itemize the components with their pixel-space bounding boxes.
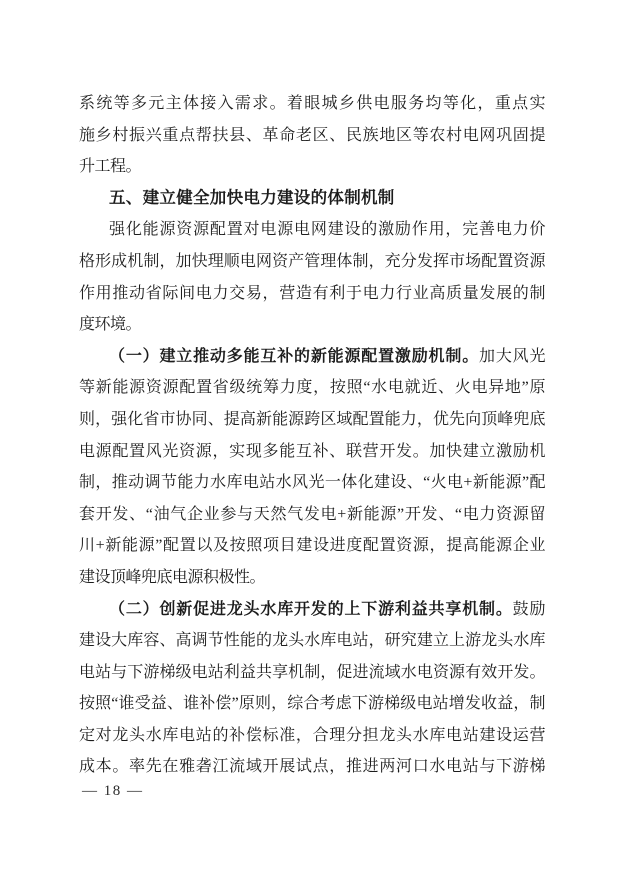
paragraph-line: 定对龙头水库电站的补偿标准，合理分担龙头水库电站建设运营 xyxy=(79,720,545,752)
paragraph-line: 度环境。 xyxy=(79,309,545,341)
paragraph-line: 川+新能源”配置以及按照项目建设进度配置资源，提高能源企业 xyxy=(79,530,545,562)
item-one-lead-line: （一）建立推动多能互补的新能源配置激励机制。加大风光 xyxy=(79,341,545,373)
paragraph-line: 系统等多元主体接入需求。着眼城乡供电服务均等化，重点实 xyxy=(79,88,545,120)
document-page: 系统等多元主体接入需求。着眼城乡供电服务均等化，重点实 施乡村振兴重点帮扶县、革… xyxy=(0,0,620,876)
paragraph-line: 格形成机制，加快理顺电网资产管理体制，充分发挥市场配置资源 xyxy=(79,246,545,278)
paragraph-line: 建设大库容、高调节性能的龙头水库电站，研究建立上游龙头水库 xyxy=(79,625,545,657)
page-number: — 18 — xyxy=(82,780,144,802)
paragraph-line: 升工程。 xyxy=(79,151,545,183)
item-two-lead-line: （二）创新促进龙头水库开发的上下游利益共享机制。鼓励 xyxy=(79,594,545,626)
paragraph-line: 电站与下游梯级电站利益共享机制，促进流域水电资源有效开发。 xyxy=(79,657,545,689)
section-heading: 五、建立健全加快电力建设的体制机制 xyxy=(79,183,545,215)
paragraph-line: 等新能源资源配置省级统筹力度，按照“水电就近、火电异地”原 xyxy=(79,372,545,404)
paragraph-line: 则，强化省市协同、提高新能源跨区域配置能力，优先向顶峰兜底 xyxy=(79,404,545,436)
paragraph-line: 作用推动省际间电力交易，营造有利于电力行业高质量发展的制 xyxy=(79,278,545,310)
item-two-lead-rest: 鼓励 xyxy=(513,601,545,618)
paragraph-line: 按照“谁受益、谁补偿”原则，综合考虑下游梯级电站增发收益，制 xyxy=(79,688,545,720)
document-text-block: 系统等多元主体接入需求。着眼城乡供电服务均等化，重点实 施乡村振兴重点帮扶县、革… xyxy=(79,88,545,783)
paragraph-line: 建设顶峰兜底电源积极性。 xyxy=(79,562,545,594)
item-one-lead-text: （一）建立推动多能互补的新能源配置激励机制。 xyxy=(109,348,479,365)
item-two-lead-text: （二）创新促进龙头水库开发的上下游利益共享机制。 xyxy=(109,601,513,618)
item-one-lead-rest: 加大风光 xyxy=(479,348,545,365)
paragraph-line: 套开发、“油气企业参与天然气发电+新能源”开发、“电力资源留 xyxy=(79,499,545,531)
paragraph-line: 制，推动调节能力水库电站水风光一体化建设、“火电+新能源”配 xyxy=(79,467,545,499)
paragraph-line: 强化能源资源配置对电源电网建设的激励作用，完善电力价 xyxy=(79,214,545,246)
paragraph-line: 电源配置风光资源，实现多能互补、联营开发。加快建立激励机 xyxy=(79,436,545,468)
paragraph-line: 施乡村振兴重点帮扶县、革命老区、民族地区等农村电网巩固提 xyxy=(79,120,545,152)
paragraph-line: 成本。率先在雅砻江流域开展试点，推进两河口水电站与下游梯 xyxy=(79,751,545,783)
